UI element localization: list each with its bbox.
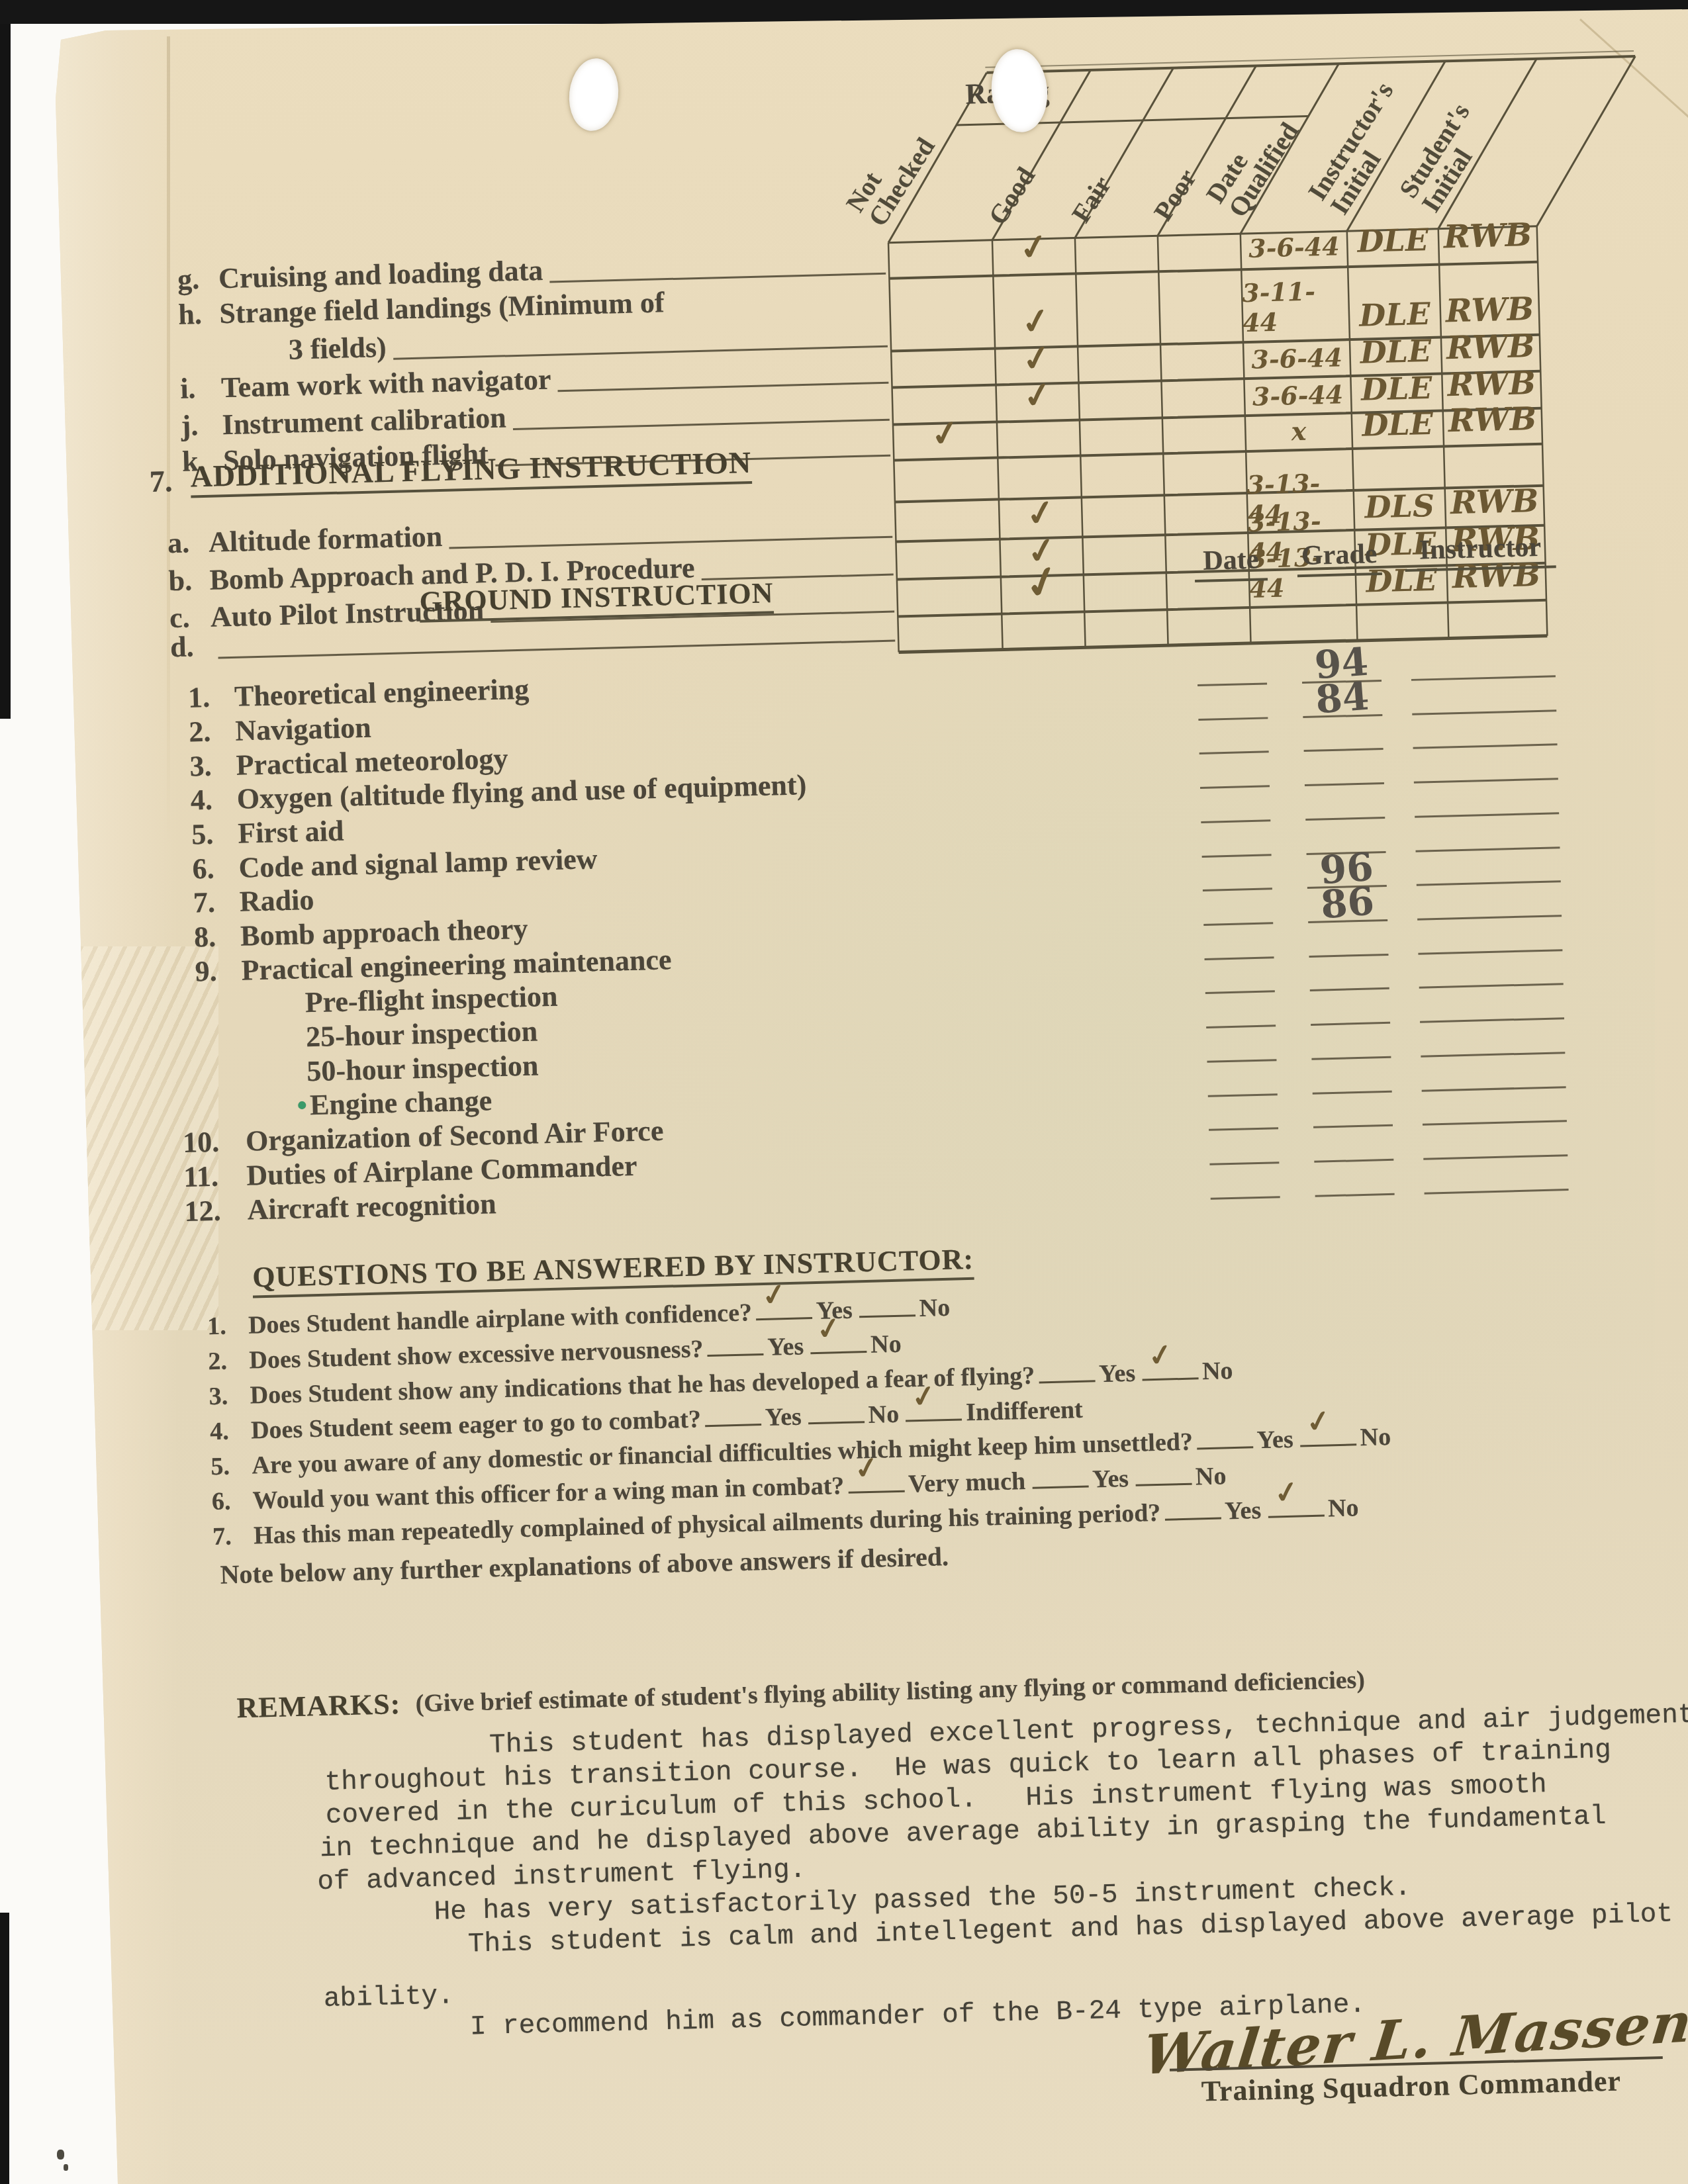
questions-title: QUESTIONS TO BE ANSWERED BY INSTRUCTOR: xyxy=(252,1242,974,1298)
column-header-instructor-initial: Instructor's Initial xyxy=(1303,77,1431,226)
column-header-instructor: Instructor xyxy=(1404,531,1556,572)
checkmark-icon: ✓ xyxy=(1020,374,1055,418)
answer-blank xyxy=(1135,1463,1192,1486)
ground-row xyxy=(22,1014,1688,1057)
instructor-initial-k: DLE xyxy=(1352,407,1444,443)
ink-dot: • xyxy=(297,1088,308,1122)
answer-blank: ✓ xyxy=(1299,1424,1356,1447)
ink-mark xyxy=(64,2164,68,2171)
answer-blank xyxy=(1032,1466,1089,1489)
ground-item: 7.Radio xyxy=(193,883,314,920)
answer-blank: ✓ xyxy=(810,1331,867,1354)
grade-value xyxy=(1309,946,1388,952)
grade-value xyxy=(1311,1015,1390,1021)
answer-blank: ✓ xyxy=(1268,1495,1325,1518)
grade-value: 86 xyxy=(1306,878,1389,929)
answer-blank: ✓ xyxy=(1142,1357,1199,1381)
checkmark-icon: ✓ xyxy=(852,1449,882,1486)
instructor-initial-a: DLS xyxy=(1354,488,1446,525)
answer-blank: ✓ xyxy=(755,1297,812,1320)
column-header-not-checked: Not Checked xyxy=(842,119,951,238)
column-header-poor: Poor xyxy=(1149,165,1209,230)
answer-blank xyxy=(1164,1498,1221,1521)
answer-blank: ✓ xyxy=(848,1471,905,1494)
column-header-fair: Fair xyxy=(1068,172,1125,233)
date-qualified-h: 3-11-44 xyxy=(1243,300,1350,338)
column-header-good: Good xyxy=(984,163,1049,235)
ink-mark xyxy=(57,2150,64,2160)
grade-value xyxy=(1311,1049,1391,1055)
grade-value xyxy=(1304,741,1383,747)
student-initial-h: RWB xyxy=(1440,293,1539,330)
student-initial-i: RWB xyxy=(1441,330,1540,367)
date-qualified-k: x xyxy=(1245,410,1352,447)
ground-subitem: 50-hour inspection xyxy=(306,1048,539,1088)
ground-row xyxy=(23,1048,1688,1091)
instructor-initial-j: DLE xyxy=(1350,371,1442,408)
grade-value xyxy=(1305,809,1385,815)
answer-blank xyxy=(1039,1360,1096,1383)
checkmark-icon: ✓ xyxy=(1303,1403,1333,1440)
answer-blank xyxy=(707,1334,764,1357)
checkmark-icon: ✓ xyxy=(1146,1337,1176,1374)
grade-value xyxy=(1314,1152,1393,1158)
instructor-initial-g: DLE xyxy=(1347,223,1439,259)
ground-item: 12.Aircraft recognition xyxy=(184,1187,496,1228)
checkmark-icon: ✓ xyxy=(1023,492,1058,535)
ground-item: 1.Theoretical engineering xyxy=(187,672,529,715)
remarks-line: ability. xyxy=(323,1981,454,2015)
remarks-label: REMARKS: xyxy=(236,1687,401,1725)
instructor-initial-i: DLE xyxy=(1350,334,1442,371)
grade-value xyxy=(1313,1083,1392,1089)
answer-blank xyxy=(859,1295,915,1318)
checkmark-icon: ✓ xyxy=(927,412,962,455)
instructor-initial-h: DLE xyxy=(1348,297,1440,334)
remarks-hint: (Give brief estimate of student's flying… xyxy=(415,1665,1365,1718)
column-header-date: Date xyxy=(1194,543,1268,582)
student-initial-k: RWB xyxy=(1443,403,1542,440)
answer-blank xyxy=(1196,1426,1253,1449)
column-header-date-qualified: Date Qualified xyxy=(1201,104,1314,229)
ground-subitem: 25-hour inspection xyxy=(305,1014,538,1054)
date-qualified-g: 3-6-44 xyxy=(1241,226,1348,263)
column-header-grade: Grade xyxy=(1297,538,1382,577)
ground-row xyxy=(23,1083,1688,1126)
grade-value xyxy=(1310,980,1389,986)
ground-subitem: •Engine change xyxy=(297,1083,492,1122)
grade-value xyxy=(1313,1117,1393,1123)
grade-value: 84 xyxy=(1301,672,1383,723)
checkmark-icon: ✓ xyxy=(1016,226,1051,269)
student-initial-g: RWB xyxy=(1438,219,1537,256)
answer-blank xyxy=(808,1401,865,1424)
checkmark-icon: ✓ xyxy=(1272,1474,1301,1511)
answer-blank: ✓ xyxy=(906,1398,962,1422)
printed-content: Rating Not Checked Good Fair Poor Date Q… xyxy=(0,0,1688,2184)
student-initial-a: RWB xyxy=(1445,485,1544,522)
grade-value xyxy=(1305,775,1384,781)
scanned-document-page: Rating Not Checked Good Fair Poor Date Q… xyxy=(0,0,1688,2184)
date-qualified-j: 3-6-44 xyxy=(1244,375,1351,412)
student-initial-j: RWB xyxy=(1442,367,1541,404)
scanner-edge-left-bottom xyxy=(0,1913,9,2184)
date-qualified-i: 3-6-44 xyxy=(1243,338,1350,375)
ground-item: 2.Navigation xyxy=(189,711,372,749)
ground-subitem: Pre-flight inspection xyxy=(305,979,558,1020)
ground-item: 5.First aid xyxy=(191,814,344,852)
answer-blank xyxy=(704,1404,761,1427)
